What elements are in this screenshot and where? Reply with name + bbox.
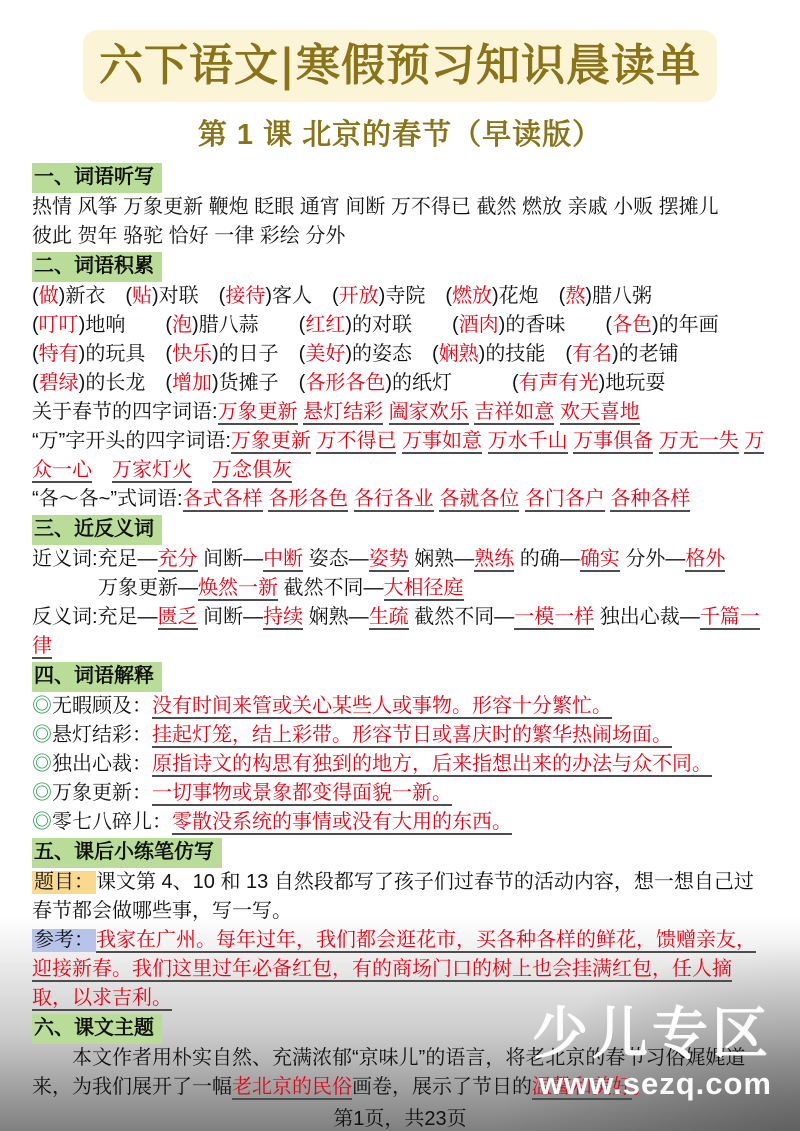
text-segment: )的技能 ( bbox=[479, 343, 572, 365]
section-1-header-row: 一、词语听写 bbox=[32, 163, 768, 193]
text-segment: 各式各样 bbox=[183, 488, 263, 512]
text-segment: 各门各户 bbox=[525, 488, 605, 512]
document-page: 六下语文|寒假预习知识晨读单 第 1 课 北京的春节（早读版） 一、词语听写 热… bbox=[0, 0, 800, 1131]
section-2-header: 二、词语积累 bbox=[32, 252, 162, 282]
text-segment: 姿态— bbox=[303, 548, 369, 570]
text-segment: 截然不同— bbox=[409, 606, 515, 628]
text-segment: 有名 bbox=[572, 343, 612, 365]
text-segment: 欢天喜地 bbox=[560, 401, 640, 425]
text-segment: )花炮 ( bbox=[492, 285, 565, 307]
text-segment: “万”字开头的四字词语: bbox=[32, 430, 231, 452]
definition-text: 没有时间来管或关心某些人或事物。形容十分繁忙。 bbox=[152, 695, 612, 719]
text-segment: 画卷，展示了节日的 bbox=[352, 1076, 532, 1098]
circle-bullet-icon: ◎ bbox=[32, 724, 52, 746]
watermark: 少儿专区 www.sezq.com bbox=[532, 1006, 772, 1099]
text-segment: 中断 bbox=[263, 548, 303, 572]
text-segment bbox=[348, 488, 354, 510]
circle-bullet-icon: ◎ bbox=[32, 811, 52, 833]
section-3-header: 三、近反义词 bbox=[32, 515, 162, 545]
text-segment: ( bbox=[32, 285, 39, 307]
text-segment: 酒肉 bbox=[459, 314, 499, 336]
text-segment bbox=[92, 459, 112, 481]
definition-item: ◎悬灯结彩：挂起灯笼，结上彩带。形容节日或喜庆时的繁华热闹场面。 bbox=[32, 721, 768, 750]
text-segment: 万念俱灰 bbox=[212, 459, 292, 483]
section-1-header: 一、词语听写 bbox=[32, 163, 162, 193]
text-segment: )腊八蒜 ( bbox=[192, 314, 305, 336]
text-segment: )的年画 bbox=[652, 314, 719, 336]
text-segment: 分外— bbox=[620, 548, 686, 570]
page-number: 第1页，共23页 bbox=[32, 1105, 768, 1131]
text-segment: )的香味 ( bbox=[499, 314, 612, 336]
section-4-header: 四、词语解释 bbox=[32, 662, 162, 692]
antonyms-line: 反义词:充足—匮乏 间断—持续 娴熟—生疏 截然不同—一模一样 独出心裁—千篇一… bbox=[32, 603, 768, 661]
text-segment: 有声有光 bbox=[519, 372, 599, 394]
text-segment: 充分 bbox=[158, 548, 198, 572]
section-6-header: 六、课文主题 bbox=[32, 1014, 162, 1044]
text-segment: )地玩耍 bbox=[599, 372, 666, 394]
text-segment: 美好 bbox=[305, 343, 345, 365]
text-segment: “各～各~”式词语: bbox=[32, 488, 183, 510]
text-segment bbox=[519, 488, 525, 510]
text-segment: 万家灯火 bbox=[112, 459, 192, 483]
text-segment: 特有 bbox=[39, 343, 79, 365]
dictation-words-line-1: 热情 风筝 万象更新 鞭炮 眨眼 通宵 间断 万不得已 截然 燃放 亲戚 小贩 … bbox=[32, 193, 768, 222]
text-segment: 万事俱备 bbox=[573, 430, 653, 454]
text-segment: 万水千山 bbox=[488, 430, 568, 454]
definition-item: ◎无暇顾及：没有时间来管或关心某些人或事物。形容十分繁忙。 bbox=[32, 692, 768, 721]
text-segment: )的长龙 ( bbox=[79, 372, 172, 394]
section-5-header-row: 五、课后小练笔仿写 bbox=[32, 838, 768, 868]
text-segment: 开放 bbox=[339, 285, 379, 307]
text-segment: 生疏 bbox=[369, 606, 409, 630]
cankao-text: 我家在广州。每年过年，我们都会逛花市，买各种各样的鲜花，馈赠亲友，迎接新春。我们… bbox=[32, 929, 756, 1011]
text-segment: 做 bbox=[39, 285, 59, 307]
exercise-answer: 参考：我家在广州。每年过年，我们都会逛花市，买各种各样的鲜花，馈赠亲友，迎接新春… bbox=[32, 926, 768, 1013]
text-segment: 各形各色 bbox=[268, 488, 348, 512]
circle-bullet-icon: ◎ bbox=[32, 753, 52, 775]
text-segment: 悬灯结彩 bbox=[303, 401, 383, 425]
text-segment: 姿势 bbox=[369, 548, 409, 572]
section-2-header-row: 二、词语积累 bbox=[32, 252, 768, 282]
definition-text: 一切事物或景象都变得面貌一新。 bbox=[152, 782, 452, 806]
text-segment: 快乐 bbox=[172, 343, 212, 365]
text-segment: )对联 ( bbox=[152, 285, 225, 307]
synonyms-line-1: 近义词:充足—充分 间断—中断 姿态—姿势 娴熟—熟练 的确—确实 分外—格外 bbox=[32, 545, 768, 574]
text-segment: 熬 bbox=[565, 285, 585, 307]
text-segment: 老北京的民俗 bbox=[232, 1076, 352, 1100]
text-segment: 大相径庭 bbox=[384, 577, 464, 601]
text-segment: )新衣 ( bbox=[59, 285, 132, 307]
text-segment: 万事如意 bbox=[402, 430, 482, 454]
text-segment: 万象更新 bbox=[231, 430, 311, 454]
text-segment: 万不得已 bbox=[316, 430, 396, 454]
section-4-header-row: 四、词语解释 bbox=[32, 662, 768, 692]
four-char-idioms-ge: “各～各~”式词语:各式各样 各形各色 各行各业 各就各位 各门各户 各种各样 bbox=[32, 485, 768, 514]
text-segment: 近义词:充足— bbox=[32, 548, 158, 570]
title-banner: 六下语文|寒假预习知识晨读单 bbox=[32, 30, 768, 102]
definition-term: 零七八碎儿： bbox=[52, 811, 172, 833]
text-segment: 贴 bbox=[132, 285, 152, 307]
definition-text: 原指诗文的构思有独到的地方，后来指想出来的办法与众不同。 bbox=[152, 753, 712, 777]
definition-text: 零散没系统的事情或没有大用的东西。 bbox=[172, 811, 512, 835]
text-segment: 娴熟— bbox=[303, 606, 369, 628]
text-segment: 碧绿 bbox=[39, 372, 79, 394]
synonyms-line-2: 万象更新—焕然一新 截然不同—大相径庭 bbox=[32, 574, 768, 603]
timu-label: 题目： bbox=[32, 871, 96, 894]
text-segment: )客人 ( bbox=[265, 285, 338, 307]
text-segment: ( bbox=[32, 314, 39, 336]
text-segment: 红红 bbox=[305, 314, 345, 336]
text-segment bbox=[192, 459, 212, 481]
definition-text: 挂起灯笼，结上彩带。形容节日或喜庆时的繁华热闹场面。 bbox=[152, 724, 672, 748]
page-content: 六下语文|寒假预习知识晨读单 第 1 课 北京的春节（早读版） 一、词语听写 热… bbox=[0, 0, 800, 1131]
definition-term: 无暇顾及： bbox=[52, 695, 152, 717]
text-segment: 叮叮 bbox=[39, 314, 79, 336]
circle-bullet-icon: ◎ bbox=[32, 782, 52, 804]
text-segment: 各形各色 bbox=[305, 372, 385, 394]
circle-bullet-icon: ◎ bbox=[32, 695, 52, 717]
text-segment: )的老铺 bbox=[612, 343, 679, 365]
text-segment: 万无一失 bbox=[659, 430, 739, 454]
text-segment: 反义词:充足— bbox=[32, 606, 158, 628]
text-segment: 各行各业 bbox=[354, 488, 434, 512]
text-segment: 关于春节的四字词语: bbox=[32, 401, 218, 423]
section-5-header: 五、课后小练笔仿写 bbox=[32, 838, 222, 868]
text-segment: 的确— bbox=[514, 548, 580, 570]
text-segment: )的纸灯 ( bbox=[385, 372, 518, 394]
text-segment: 焕然一新 bbox=[198, 577, 278, 601]
text-segment: ( bbox=[32, 343, 39, 365]
section-3-header-row: 三、近反义词 bbox=[32, 515, 768, 545]
definition-term: 独出心裁： bbox=[52, 753, 152, 775]
text-segment: )的日子 ( bbox=[212, 343, 305, 365]
text-segment: 各种各样 bbox=[610, 488, 690, 512]
text-segment: 截然不同— bbox=[278, 577, 384, 599]
collocation-row: (做)新衣 (贴)对联 (接待)客人 (开放)寺院 (燃放)花炮 (熬)腊八粥 bbox=[32, 282, 768, 311]
collocation-row: (叮叮)地响 (泡)腊八蒜 (红红)的对联 (酒肉)的香味 (各色)的年画 bbox=[32, 311, 768, 340]
text-segment: 娴熟— bbox=[409, 548, 475, 570]
text-segment: 万象更新— bbox=[98, 577, 198, 599]
text-segment bbox=[554, 401, 560, 423]
definition-term: 万象更新： bbox=[52, 782, 152, 804]
text-segment: 一模一样 bbox=[514, 606, 594, 630]
text-segment: ( bbox=[32, 372, 39, 394]
exercise-prompt: 题目：课文第 4、10 和 13 自然段都写了孩子们过春节的活动内容，想一想自己… bbox=[32, 868, 768, 926]
definition-item: ◎零七八碎儿：零散没系统的事情或没有大用的东西。 bbox=[32, 808, 768, 837]
definition-item: ◎独出心裁：原指诗文的构思有独到的地方，后来指想出来的办法与众不同。 bbox=[32, 750, 768, 779]
text-segment: 独出心裁— bbox=[594, 606, 700, 628]
text-segment: 万象更新 bbox=[218, 401, 298, 425]
text-segment: )的玩具 ( bbox=[79, 343, 172, 365]
collocation-row: (特有)的玩具 (快乐)的日子 (美好)的姿态 (娴熟)的技能 (有名)的老铺 bbox=[32, 340, 768, 369]
four-char-idioms-wan: “万”字开头的四字词语:万象更新 万不得已 万事如意 万水千山 万事俱备 万无一… bbox=[32, 427, 768, 485]
text-segment: )地响 ( bbox=[79, 314, 172, 336]
text-segment: 娴熟 bbox=[439, 343, 479, 365]
text-segment: 吉祥如意 bbox=[474, 401, 554, 425]
text-segment: )货摊子 ( bbox=[212, 372, 305, 394]
text-segment: )的姿态 ( bbox=[345, 343, 438, 365]
text-segment: 各就各位 bbox=[439, 488, 519, 512]
text-segment: )腊八粥 bbox=[585, 285, 652, 307]
timu-text: 课文第 4、10 和 13 自然段都写了孩子们过春节的活动内容，想一想自己过春节… bbox=[32, 871, 754, 922]
text-segment: 熟练 bbox=[474, 548, 514, 572]
text-segment: )寺院 ( bbox=[379, 285, 452, 307]
lesson-subtitle: 第 1 课 北京的春节（早读版） bbox=[32, 112, 768, 153]
text-segment: )的对联 ( bbox=[345, 314, 458, 336]
text-segment: 燃放 bbox=[452, 285, 492, 307]
four-char-idioms-spring: 关于春节的四字词语:万象更新 悬灯结彩 阖家欢乐 吉祥如意 欢天喜地 bbox=[32, 398, 768, 427]
text-segment: 接待 bbox=[225, 285, 265, 307]
watermark-url: www.sezq.com bbox=[532, 1068, 772, 1099]
text-segment: 间断— bbox=[198, 606, 264, 628]
doc-title: 六下语文|寒假预习知识晨读单 bbox=[83, 30, 717, 102]
text-segment: 匮乏 bbox=[158, 606, 198, 630]
definition-item: ◎万象更新：一切事物或景象都变得面貌一新。 bbox=[32, 779, 768, 808]
definition-term: 悬灯结彩： bbox=[52, 724, 152, 746]
cankao-label: 参考： bbox=[32, 929, 96, 952]
dictation-words-line-2: 彼此 贺年 骆驼 恰好 一律 彩绘 分外 bbox=[32, 222, 768, 251]
text-segment bbox=[482, 430, 488, 452]
text-segment: 泡 bbox=[172, 314, 192, 336]
text-segment: 各色 bbox=[612, 314, 652, 336]
text-segment: 持续 bbox=[263, 606, 303, 630]
text-segment: 格外 bbox=[685, 548, 725, 572]
text-segment: 增加 bbox=[172, 372, 212, 394]
text-segment: 间断— bbox=[198, 548, 264, 570]
text-segment: 阖家欢乐 bbox=[389, 401, 469, 425]
collocation-row: (碧绿)的长龙 (增加)货摊子 (各形各色)的纸灯 (有声有光)地玩耍 bbox=[32, 369, 768, 398]
text-segment bbox=[653, 430, 659, 452]
watermark-brand: 少儿专区 bbox=[532, 1006, 772, 1062]
text-segment: 确实 bbox=[580, 548, 620, 572]
text-segment bbox=[383, 401, 389, 423]
